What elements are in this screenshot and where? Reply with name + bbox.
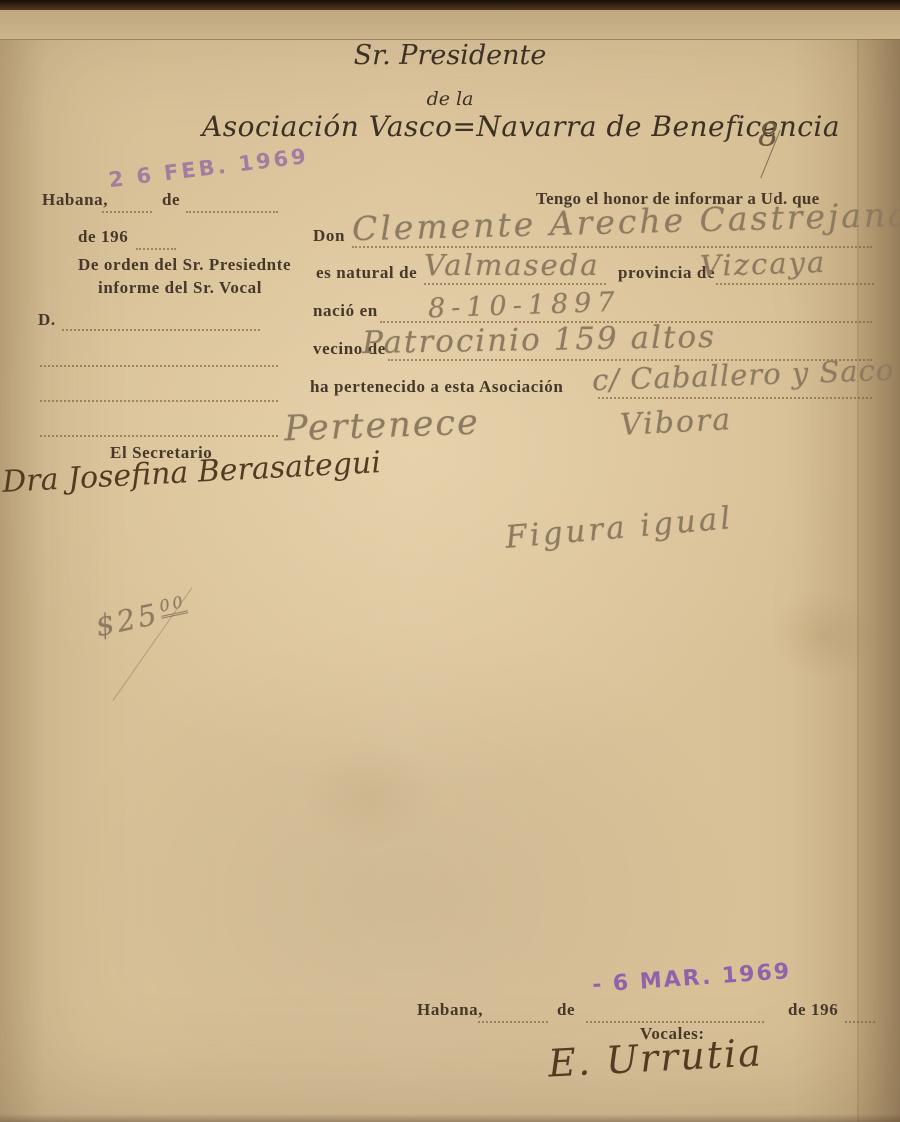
doc-title-line1: Sr. Presidente [0,40,900,71]
footer-habana-label: Habana, [417,1000,483,1020]
field-line-provincia [716,282,874,285]
de-196-label: de 196 [78,227,128,247]
pertenecido-label: ha pertenecido a esta Asociación [310,377,563,397]
paper-stain [300,740,440,850]
orden-line1: De orden del Sr. Presiednte [78,255,291,275]
handwritten-don-value: Clemente Areche Castrejana [352,195,900,249]
scanned-document: Sr. Presidente de la Asociación Vasco=Na… [0,0,900,1122]
field-line-day [102,210,152,213]
note-vibora: Vibora [619,402,733,443]
handwritten-vecino-value: Patrocinio 159 altos [362,319,717,361]
field-line-year [136,247,176,250]
doc-title-line2: de la [0,88,900,110]
paper-stain [770,590,880,680]
footer-line-day [478,1020,548,1023]
amount-dollars: $25 [92,597,162,644]
orden-line2: informe del Sr. Vocal [98,278,262,298]
field-line-blank [40,364,278,367]
handwritten-nacio-value: 8-10-1897 [428,287,621,325]
nacio-label: nació en [313,301,378,321]
doc-title-line3: Asociación Vasco=Navarra de Beneficencia [202,110,840,143]
handwritten-provincia-value: Vizcaya [699,245,826,283]
scan-top-dark-edge [0,0,900,10]
handwritten-natural-value: Valmaseda [424,248,600,282]
footer-line-year [845,1020,875,1023]
field-line-blank [40,434,278,437]
field-line-natural [424,282,606,285]
field-line-month [186,210,278,213]
de-label: de [162,190,180,210]
bottom-edge-shade [0,1114,900,1122]
note-figura-igual: Figura igual [504,500,735,556]
footer-line-month [586,1020,764,1023]
field-line-blank [40,399,278,402]
handwritten-flourish: 8 [758,116,778,154]
underlying-page-edge [0,10,900,40]
note-amount: $2500 [92,591,190,644]
footer-de-label: de [557,1000,575,1020]
natural-label: es natural de [316,263,417,283]
habana-label: Habana, [42,190,108,210]
date-stamp-mar: - 6 MAR. 1969 [591,959,792,998]
don-label: Don [313,226,345,246]
d-label: D. [38,310,56,330]
field-line-pertenecido [598,396,872,399]
footer-de-196-label: de 196 [788,1000,838,1020]
field-line-vocal-name [62,328,260,331]
vocal-signature: E. Urrutia [547,1030,764,1085]
date-stamp-feb: 2 6 FEB. 1969 [107,144,310,192]
note-pertenece: Pertenece [283,403,480,450]
